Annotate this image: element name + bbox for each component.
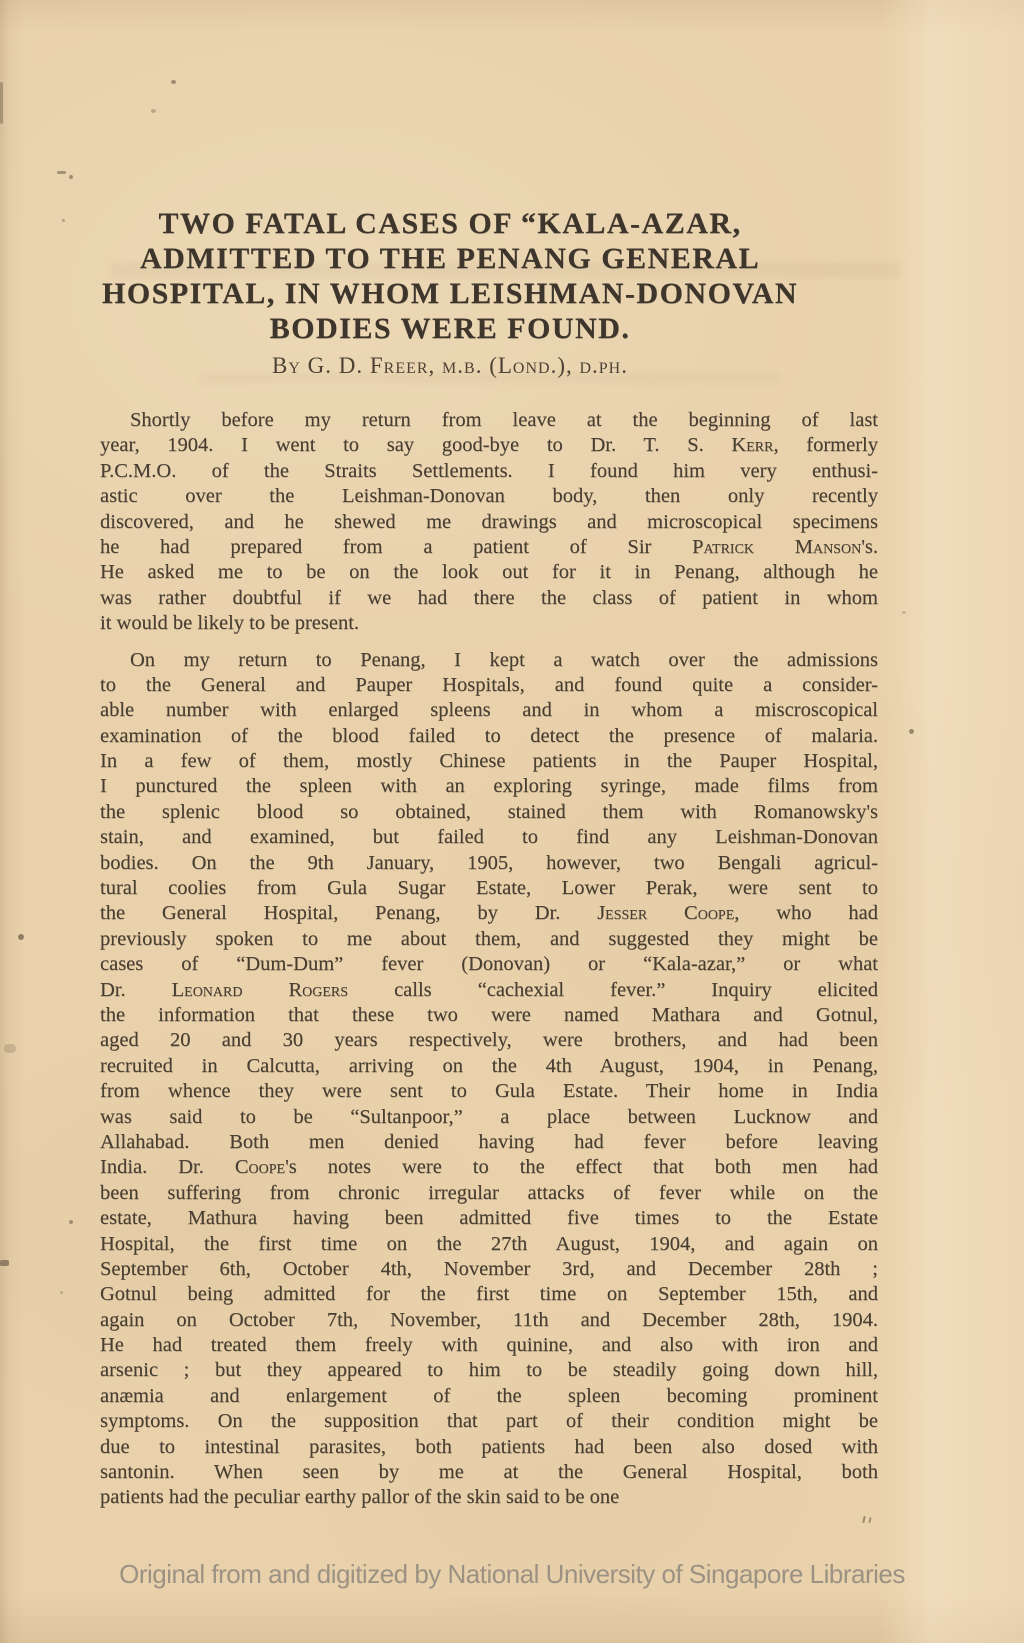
body-line: I punctured the spleen with an exploring…: [100, 774, 878, 799]
small-caps-name: Coope: [235, 1156, 285, 1178]
article-byline: By G. D. Freer, m.b. (Lond.), d.ph.: [60, 351, 840, 381]
body-line: it would be likely to be present.: [100, 611, 878, 636]
scan-speck: [151, 109, 156, 113]
scan-speck: [4, 1044, 16, 1053]
scan-speck: [0, 82, 3, 124]
body-line: he had prepared from a patient of Sir Pa…: [100, 535, 878, 560]
small-caps-name: Jesser Coope: [597, 902, 734, 924]
scan-speck: [868, 1517, 871, 1523]
body-line: from whence they were sent to Gula Estat…: [100, 1079, 878, 1104]
scan-speck: [18, 934, 24, 940]
body-line: the General Hospital, Penang, by Dr. Jes…: [100, 901, 878, 926]
body-line: arsenic ; but they appeared to him to be…: [100, 1358, 878, 1383]
scan-speck: [69, 1220, 73, 1224]
small-caps-name: Leonard Rogers: [172, 979, 348, 1001]
title-line: ADMITTED TO THE PENANG GENERAL: [60, 241, 840, 276]
body-line: discovered, and he shewed me drawings an…: [100, 510, 878, 535]
body-line: was rather doubtful if we had there the …: [100, 586, 878, 611]
scan-speck: [62, 219, 65, 222]
body-line: the information that these two were name…: [100, 1003, 878, 1028]
body-line: P.C.M.O. of the Straits Settlements. I f…: [100, 459, 878, 484]
body-line: to the General and Pauper Hospitals, and…: [100, 673, 878, 698]
paragraph: On my return to Penang, I kept a watch o…: [100, 648, 878, 1511]
scan-speck: [60, 1291, 63, 1294]
body-line: recruited in Calcutta, arriving on the 4…: [100, 1054, 878, 1079]
body-line: Allahabad. Both men denied having had fe…: [100, 1130, 878, 1155]
small-caps-name: Patrick Manson: [692, 536, 861, 558]
scan-speck: [69, 175, 73, 179]
title-line: HOSPITAL, IN WHOM LEISHMAN-DONOVAN: [60, 276, 840, 311]
body-line: September 6th, October 4th, November 3rd…: [100, 1257, 878, 1282]
body-line: In a few of them, mostly Chinese patient…: [100, 749, 878, 774]
body-line: due to intestinal parasites, both patien…: [100, 1435, 878, 1460]
body-line: anæmia and enlargement of the spleen bec…: [100, 1384, 878, 1409]
body-line: astic over the Leishman-Donovan body, th…: [100, 484, 878, 509]
body-line: examination of the blood failed to detec…: [100, 724, 878, 749]
scan-speck: [909, 729, 914, 734]
body-line: aged 20 and 30 years respectively, were …: [100, 1028, 878, 1053]
body-line: been suffering from chronic irregular at…: [100, 1181, 878, 1206]
body-line: year, 1904. I went to say good-bye to Dr…: [100, 433, 878, 458]
body-text: Shortly before my return from leave at t…: [100, 408, 878, 1511]
article-title: TWO FATAL CASES OF “KALA-AZAR,ADMITTED T…: [60, 206, 840, 346]
body-line: stain, and examined, but failed to find …: [100, 825, 878, 850]
body-line: bodies. On the 9th January, 1905, howeve…: [100, 851, 878, 876]
scan-speck: [0, 1260, 9, 1266]
body-line: santonin. When seen by me at the General…: [100, 1460, 878, 1485]
body-line: cases of “Dum-Dum” fever (Donovan) or “K…: [100, 952, 878, 977]
body-line: able number with enlarged spleens and in…: [100, 698, 878, 723]
scan-speck: [57, 171, 66, 174]
body-line: patients had the peculiar earthy pallor …: [100, 1485, 878, 1510]
scan-speck: [171, 80, 176, 84]
title-line: BODIES WERE FOUND.: [60, 311, 840, 346]
body-line: Gotnul being admitted for the first time…: [100, 1282, 878, 1307]
body-line: He asked me to be on the look out for it…: [100, 560, 878, 585]
body-line: He had treated them freely with quinine,…: [100, 1333, 878, 1358]
body-line: Hospital, the first time on the 27th Aug…: [100, 1232, 878, 1257]
body-line: tural coolies from Gula Sugar Estate, Lo…: [100, 876, 878, 901]
small-caps-name: Kerr: [731, 434, 773, 456]
body-line: was said to be “Sultanpoor,” a place bet…: [100, 1105, 878, 1130]
body-line: estate, Mathura having been admitted fiv…: [100, 1206, 878, 1231]
body-line: Shortly before my return from leave at t…: [100, 408, 878, 433]
body-line: again on October 7th, November, 11th and…: [100, 1308, 878, 1333]
scan-speck: [902, 611, 906, 614]
body-line: On my return to Penang, I kept a watch o…: [100, 648, 878, 673]
title-line: TWO FATAL CASES OF “KALA-AZAR,: [60, 206, 840, 241]
digitization-credit: Original from and digitized by National …: [0, 1559, 1024, 1589]
body-line: symptoms. On the supposition that part o…: [100, 1409, 878, 1434]
body-line: the splenic blood so obtained, stained t…: [100, 800, 878, 825]
body-line: previously spoken to me about them, and …: [100, 927, 878, 952]
scanned-page: TWO FATAL CASES OF “KALA-AZAR,ADMITTED T…: [0, 0, 1024, 1643]
scan-speck: [862, 1516, 865, 1523]
paragraph: Shortly before my return from leave at t…: [100, 408, 878, 637]
body-line: India. Dr. Coope's notes were to the eff…: [100, 1155, 878, 1180]
body-line: Dr. Leonard Rogers calls “cachexial feve…: [100, 978, 878, 1003]
